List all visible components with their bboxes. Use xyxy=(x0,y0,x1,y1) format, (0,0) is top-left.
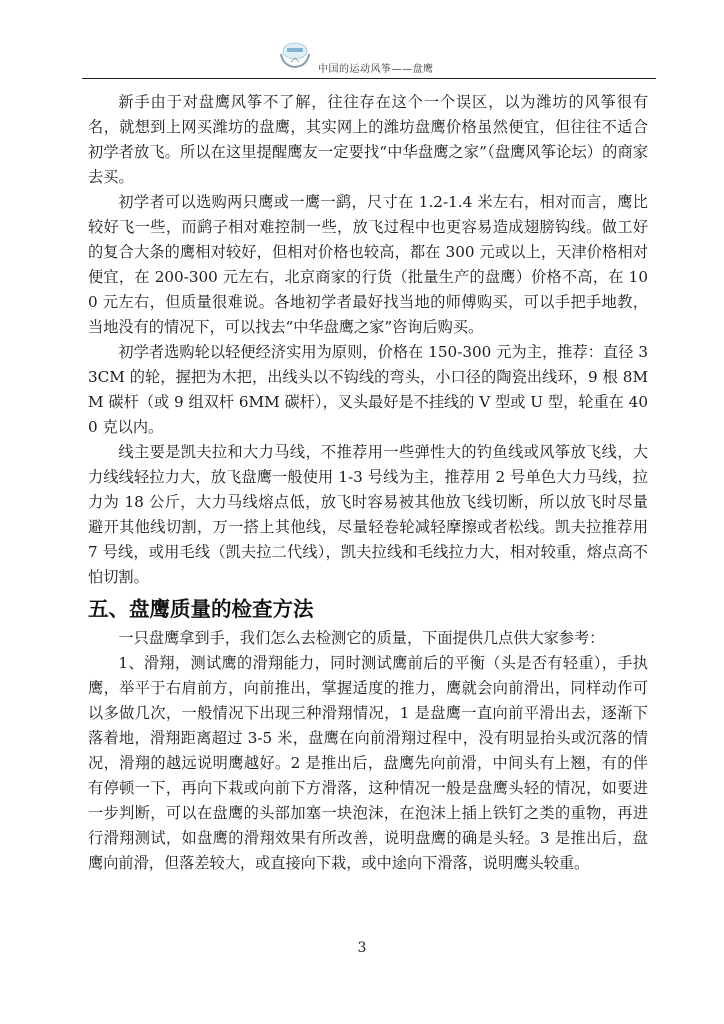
kite-club-logo-icon xyxy=(278,40,312,70)
section-heading-quality-check: 五、盘鹰质量的检查方法 xyxy=(88,594,648,624)
running-header-title: 中国的运动风筝——盘鹰 xyxy=(318,60,434,75)
paragraph-beginner-misconception: 新手由于对盘鹰风筝不了解，往往存在这个一个误区，以为潍坊的风筝很有名，就想到上网… xyxy=(88,90,648,190)
paragraph-quality-intro: 一只盘鹰拿到手，我们怎么去检测它的质量，下面提供几点供大家参考： xyxy=(88,626,648,651)
page-number: 3 xyxy=(0,940,724,956)
document-body: 新手由于对盘鹰风筝不了解，往往存在这个一个误区，以为潍坊的风筝很有名，就想到上网… xyxy=(88,90,648,876)
page-header: 中国的运动风筝——盘鹰 xyxy=(82,38,656,79)
header-rule-divider xyxy=(82,78,656,79)
paragraph-glide-test: 1、滑翔，测试鹰的滑翔能力，同时测试鹰前后的平衡（头是否有轻重），手执鹰，举平于… xyxy=(88,651,648,876)
paragraph-choosing-kite: 初学者可以选购两只鹰或一鹰一鹞，尺寸在 1.2-1.4 米左右，相对而言，鹰比较… xyxy=(88,190,648,340)
paragraph-choosing-line: 线主要是凯夫拉和大力马线，不推荐用一些弹性大的钓鱼线或风筝放飞线，大力线线轻拉力… xyxy=(88,440,648,590)
paragraph-choosing-reel: 初学者选购轮以轻便经济实用为原则，价格在 150-300 元为主，推荐：直径 3… xyxy=(88,340,648,440)
